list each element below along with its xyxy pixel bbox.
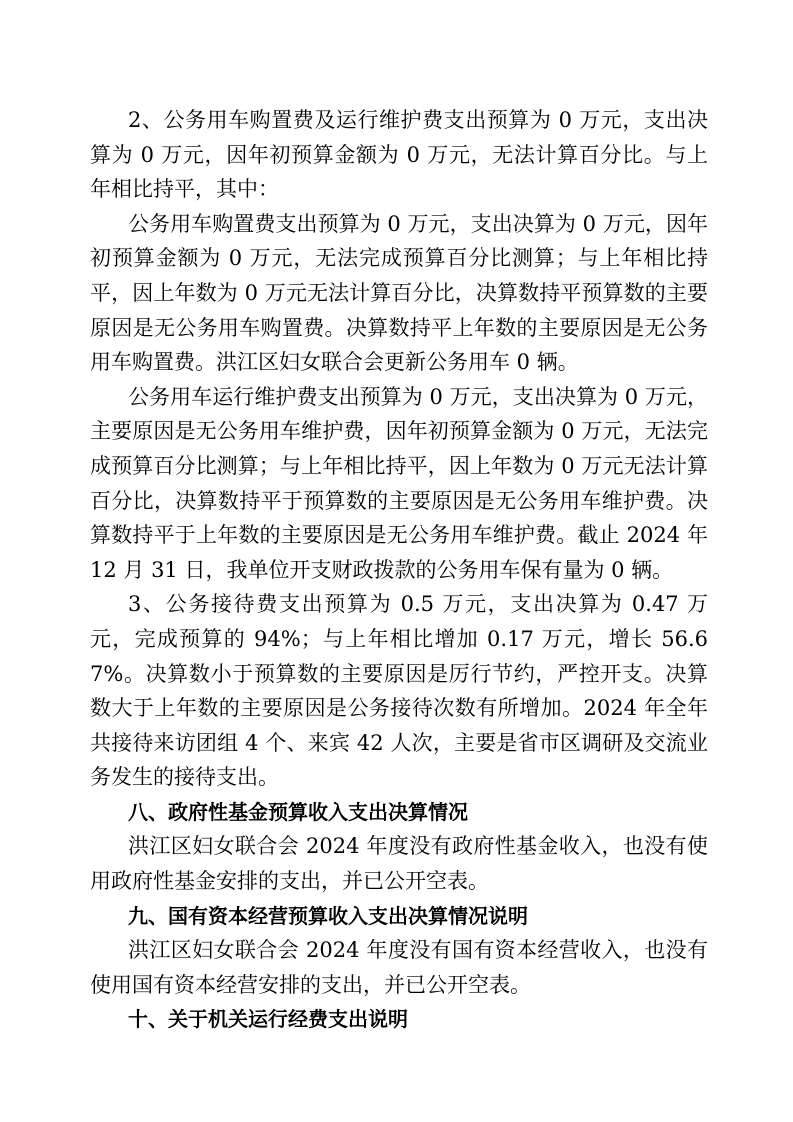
paragraph-vehicle-maintenance-detail: 公务用车运行维护费支出预算为 0 万元，支出决算为 0 万元，主要原因是无公务用… [90, 380, 708, 588]
paragraph-official-reception-expense: 3、公务接待费支出预算为 0.5 万元，支出决算为 0.47 万元，完成预算的 … [90, 587, 708, 795]
paragraph-vehicle-purchase-and-maintenance-total: 2、公务用车购置费及运行维护费支出预算为 0 万元，支出决算为 0 万元，因年初… [90, 103, 708, 207]
document-content: 2、公务用车购置费及运行维护费支出预算为 0 万元，支出决算为 0 万元，因年初… [90, 103, 708, 1037]
document-page: 2、公务用车购置费及运行维护费支出预算为 0 万元，支出决算为 0 万元，因年初… [0, 0, 793, 1122]
heading-section-8-government-fund-budget: 八、政府性基金预算收入支出决算情况 [90, 795, 708, 830]
heading-section-9-state-capital-budget: 九、国有资本经营预算收入支出决算情况说明 [90, 899, 708, 934]
heading-section-10-agency-operating-expenses: 十、关于机关运行经费支出说明 [90, 1002, 708, 1037]
paragraph-government-fund-statement: 洪江区妇女联合会 2024 年度没有政府性基金收入，也没有使用政府性基金安排的支… [90, 829, 708, 898]
paragraph-state-capital-statement: 洪江区妇女联合会 2024 年度没有国有资本经营收入，也没有使用国有资本经营安排… [90, 933, 708, 1002]
paragraph-vehicle-purchase-detail: 公务用车购置费支出预算为 0 万元，支出决算为 0 万元，因年初预算金额为 0 … [90, 207, 708, 380]
